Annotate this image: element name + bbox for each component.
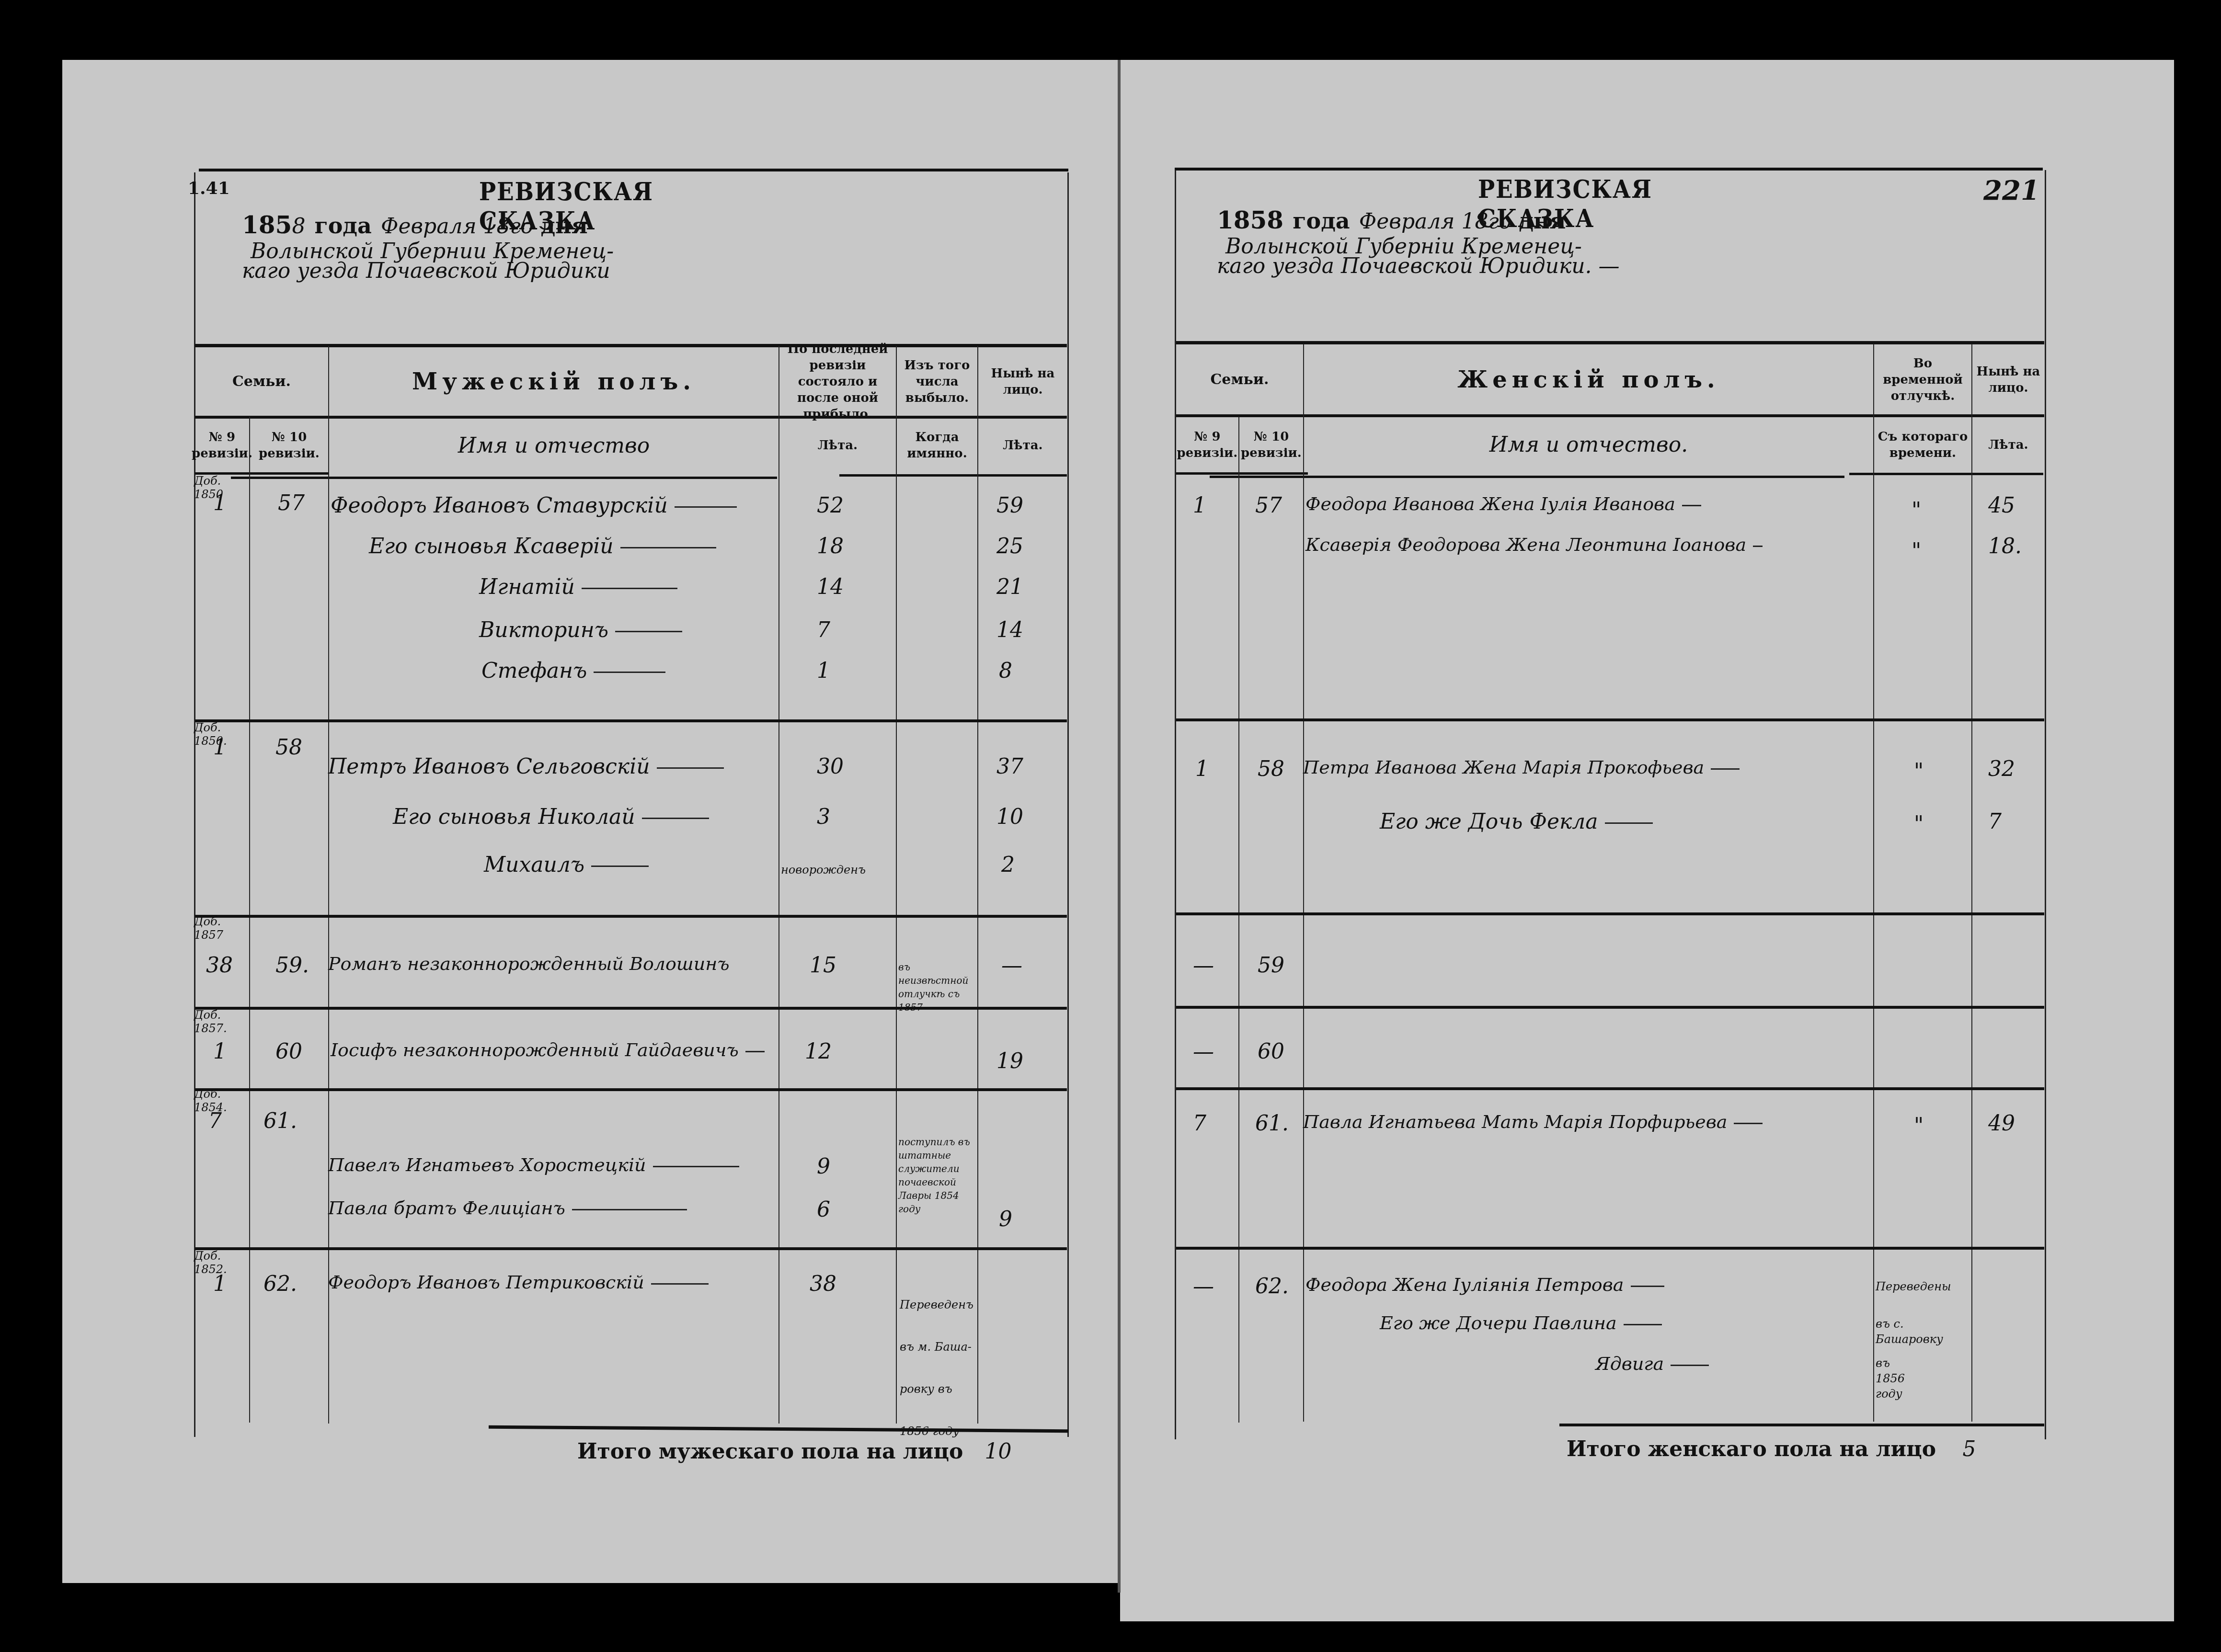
person-name: Викторинъ [479, 618, 682, 642]
col-now: Нынѣ на лицо. [978, 347, 1067, 416]
col-family-f: Семьи. [1176, 345, 1303, 414]
person-name: Романъ незаконнорожденный Волошинъ [328, 953, 730, 974]
person-name: Петра Иванова Жена Марія Прокофьева [1303, 757, 1740, 778]
person-name: Феодора Иванова Жена Іулія Иванова [1305, 493, 1701, 514]
col-years-1: Лѣта. [779, 419, 896, 472]
col-when: Когда имянно. [897, 419, 977, 472]
female-total-value: 5 [1962, 1437, 1976, 1461]
male-total: Итого мужескаго пола на лицо 10 [577, 1439, 1012, 1464]
person-name: Павла братъ Фелиціанъ [328, 1197, 687, 1219]
col-male: Мужескій полъ. [329, 347, 778, 416]
col-years-2: Лѣта. [978, 419, 1067, 472]
person-name: Его же Дочери Павлина [1380, 1312, 1662, 1333]
person-name: Михаилъ [484, 853, 649, 877]
person-name: Феодоръ Ивановъ Ставурскій [331, 493, 737, 518]
male-total-label: Итого мужескаго пола на лицо [577, 1439, 963, 1464]
person-name: Его сыновья Ксаверій [369, 534, 716, 558]
col-family: Семьи. [195, 347, 328, 416]
col-years-f: Лѣта. [1972, 417, 2044, 472]
col-rev9: № 9 ревизіи. [195, 419, 249, 472]
person-name: Игнатій [479, 575, 677, 599]
left-header-line1: 1858 года Февраля 18го дня Волынской Губ… [242, 211, 614, 263]
person-name: Петръ Ивановъ Сельговскій [328, 754, 724, 779]
right-header-line2: каго уезда Почаевской Юридики. — [1217, 254, 1620, 278]
col-rev10: № 10 ревизіи. [250, 419, 328, 472]
col-since: Съ котораго времени. [1874, 417, 1971, 472]
person-name: Іосифъ незаконнорожденный Гайдаевичъ [331, 1039, 765, 1060]
female-total: Итого женскаго пола на лицо 5 [1567, 1437, 1976, 1461]
col-female: Женскій полъ. [1304, 345, 1873, 414]
person-name: Павелъ Игнатьевъ Хоростецкій [328, 1154, 739, 1175]
person-name: Феодоръ Ивановъ Петриковскій [328, 1272, 709, 1293]
person-name: Ксаверія Феодорова Жена Леонтина Іоанова [1305, 534, 1763, 555]
person-name: Феодора Жена Іуліянія Петрова [1305, 1274, 1664, 1295]
col-departed: Изъ того числа выбыло. [897, 347, 977, 416]
col-name: Имя и отчество [329, 419, 778, 472]
col-rev10-f: № 10 ревизіи. [1239, 417, 1303, 472]
person-name: Ядвига [1595, 1353, 1709, 1374]
female-total-label: Итого женскаго пола на лицо [1567, 1437, 1936, 1461]
person-name: Стефанъ [481, 659, 665, 683]
col-rev9-f: № 9 ревизіи. [1176, 417, 1238, 472]
left-header-line2: каго уезда Почаевской Юридики [242, 259, 610, 283]
col-now-f: Нынѣ на лицо. [1972, 345, 2044, 414]
left-corner-mark: 1.41 [188, 178, 230, 198]
male-total-value: 10 [985, 1439, 1012, 1464]
person-name: Его сыновья Николай [393, 805, 709, 829]
person-name: Павла Игнатьева Мать Марія Порфирьева [1303, 1111, 1763, 1132]
col-name-f: Имя и отчество. [1304, 417, 1873, 472]
page-number: 221 [1983, 175, 2039, 206]
right-page [1120, 60, 2174, 1621]
right-header-line1: 1858 года Февраля 18го дня Волынской Губ… [1217, 206, 1582, 259]
person-name: Его же Дочь Фекла [1380, 809, 1653, 834]
col-absence: Во временной отлучкѣ. [1874, 345, 1971, 414]
col-last-revision: По последней ревизіи состояло и после он… [779, 347, 896, 416]
book-spine [1118, 60, 1121, 1593]
